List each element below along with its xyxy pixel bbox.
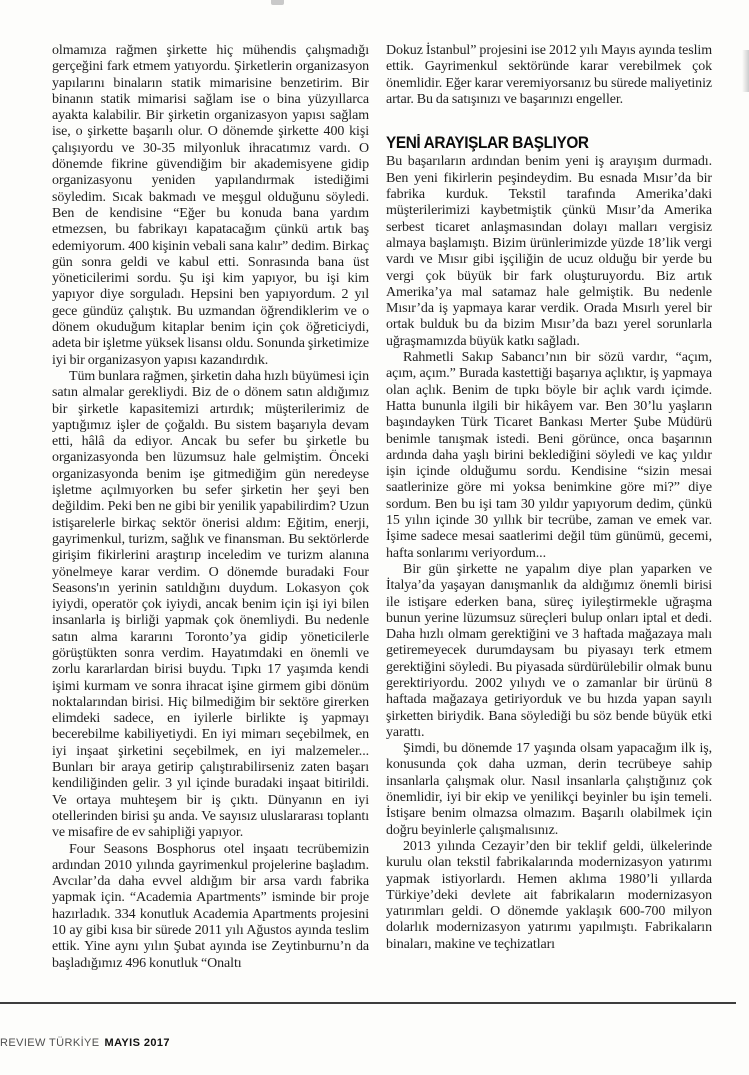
paragraph: olmamıza rağmen şirkette hiç mühendis ça… — [52, 43, 369, 369]
paragraph: Bir gün şirkette ne yapalım diye plan ya… — [386, 562, 712, 741]
right-column: Dokuz İstanbul” projesini ise 2012 yılı … — [386, 43, 712, 972]
paragraph: 2013 yılında Cezayir’den bir teklif geld… — [386, 839, 712, 953]
scan-artifact-icon — [271, 0, 284, 5]
paragraph: Tüm bunlara rağmen, şirketin daha hızlı … — [52, 369, 369, 842]
article-body: olmamıza rağmen şirkette hiç mühendis ça… — [52, 43, 712, 972]
page-edge-shadow — [742, 50, 749, 92]
magazine-name: REVIEW TÜRKİYE — [0, 1037, 100, 1049]
page-footer: REVIEW TÜRKİYEMAYIS 2017 — [0, 1037, 170, 1049]
paragraph: Rahmetli Sakıp Sabancı’nın bir sözü vard… — [386, 350, 712, 562]
paragraph: Bu başarıların ardından benim yeni iş ar… — [386, 154, 712, 350]
paragraph: Dokuz İstanbul” projesini ise 2012 yılı … — [386, 43, 712, 108]
magazine-page: olmamıza rağmen şirkette hiç mühendis ça… — [0, 0, 749, 1075]
left-column: olmamıza rağmen şirkette hiç mühendis ça… — [52, 43, 369, 972]
issue-date: MAYIS 2017 — [105, 1037, 170, 1049]
section-heading: YENİ ARAYIŞLAR BAŞLIYOR — [386, 135, 689, 151]
footer-divider — [0, 1002, 736, 1004]
paragraph: Four Seasons Bosphorus otel inşaatı tecr… — [52, 842, 369, 972]
paragraph: Şimdi, bu dönemde 17 yaşında olsam yapac… — [386, 741, 712, 839]
